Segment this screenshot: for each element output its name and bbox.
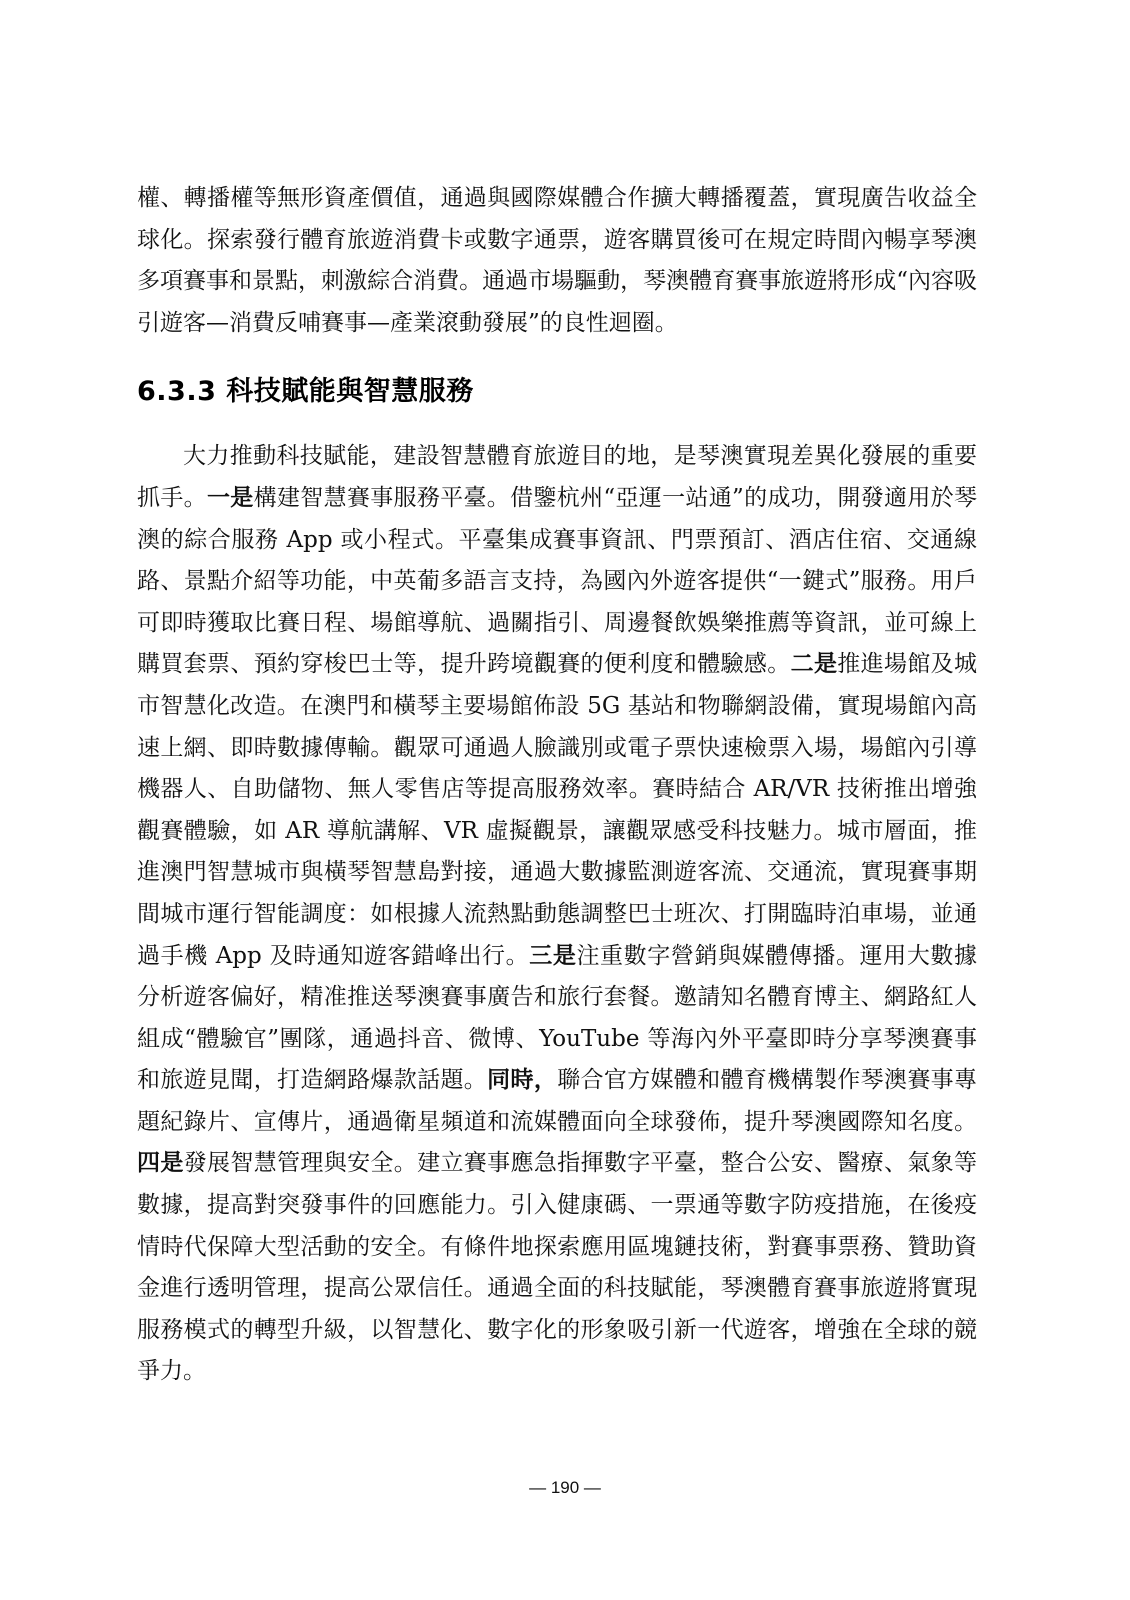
point4-label: 四是 [137,1150,184,1176]
point4-text: 發展智慧管理與安全。建立賽事應急指揮數字平臺，整合公安、醫療、氣象等數據，提高對… [137,1150,977,1384]
document-page: 權、轉播權等無形資產價值，通過與國際媒體合作擴大轉播覆蓋，實現廣告收益全球化。探… [0,0,1130,1600]
simultaneous-label: 同時， [487,1067,557,1093]
point3-label: 三是 [529,943,576,969]
continuation-paragraph: 權、轉播權等無形資產價值，通過與國際媒體合作擴大轉播覆蓋，實現廣告收益全球化。探… [137,178,977,344]
point2-text: 推進場館及城市智慧化改造。在澳門和橫琴主要場館佈設 5G 基站和物聯網設備，實現… [137,651,977,968]
page-number: — 190 — [0,1478,1130,1498]
page-content: 權、轉播權等無形資產價值，通過與國際媒體合作擴大轉播覆蓋，實現廣告收益全球化。探… [137,178,977,1393]
section-heading: 6.3.3 科技賦能與智慧服務 [137,372,977,412]
point1-label: 一是 [207,485,254,511]
point1-text: 構建智慧賽事服務平臺。借鑒杭州“亞運一站通”的成功，開發適用於琴澳的綜合服務 A… [137,485,977,677]
section-intro-paragraph: 大力推動科技賦能，建設智慧體育旅遊目的地，是琴澳實現差異化發展的重要抓手。一是構… [137,436,977,1393]
point2-label: 二是 [791,651,838,677]
